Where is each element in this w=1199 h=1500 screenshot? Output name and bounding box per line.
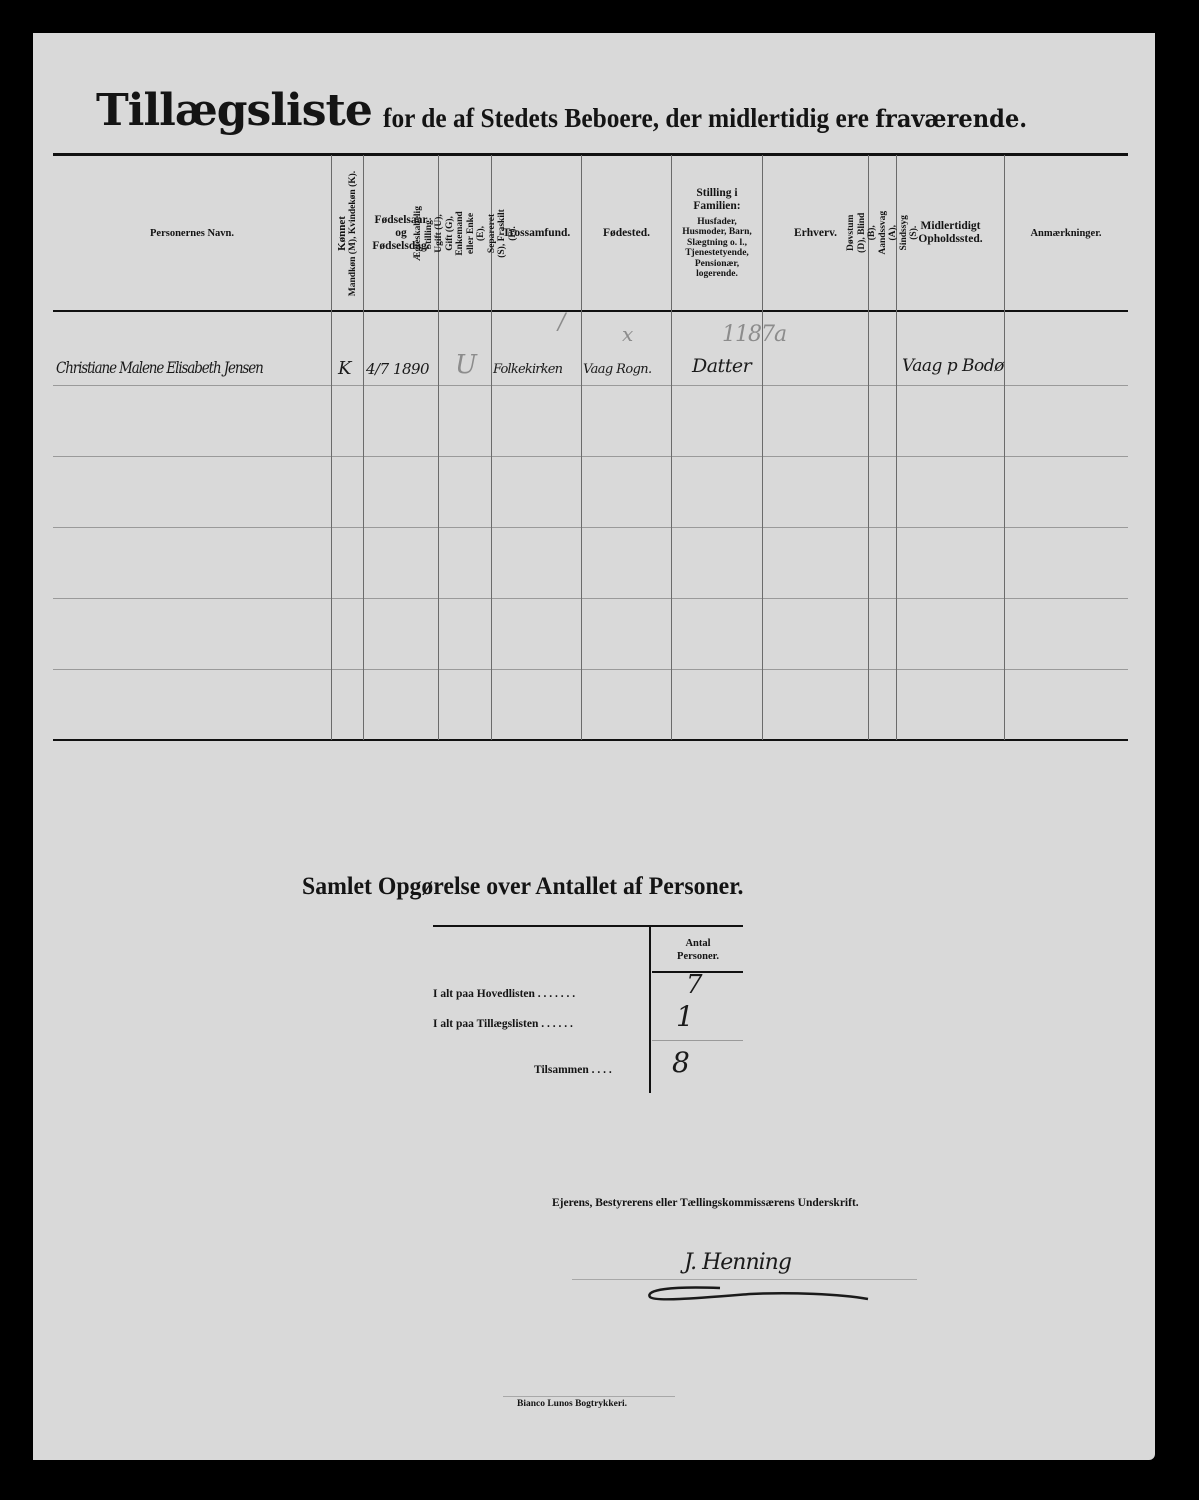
cell-temp-residence: Vaag p Bodø — [902, 356, 1004, 376]
cell-occupation-pencil-note: 1187a — [722, 322, 786, 347]
summary-column-header-line2: Personer. — [677, 950, 719, 963]
summary-top-rule — [433, 925, 743, 927]
summary-value-supplement-list: 1 — [676, 1000, 694, 1033]
form-subtitle-bold: fraværende. — [875, 104, 1027, 133]
header-sex: Kønnet Mandkøn (M), Kvindekøn (K). — [332, 156, 363, 310]
summary-label-total: Tilsammen . . . . — [534, 1064, 612, 1076]
signature-value: J. Henning — [684, 1250, 791, 1275]
cell-family-position: Datter — [692, 355, 751, 377]
cell-name: Christiane Malene Elisabeth Jensen — [56, 358, 263, 377]
header-marital-label: Ægteskabelig Stilling. — [413, 206, 434, 261]
row-divider — [53, 527, 1128, 528]
signature-flourish — [640, 1280, 875, 1304]
form-subtitle-text: for de af Stedets Beboere, der midlertid… — [383, 103, 869, 133]
form-subtitle: for de af Stedets Beboere, der midlertid… — [383, 102, 1027, 135]
row-divider — [53, 669, 1128, 670]
cell-birth: 4/7 1890 — [366, 360, 429, 378]
summary-value-main-list: 7 — [686, 970, 703, 1000]
summary-subtotal-rule — [652, 1040, 743, 1041]
printer-rule — [503, 1396, 675, 1397]
summary-value-total: 8 — [672, 1046, 690, 1079]
table-header-rule — [53, 310, 1128, 312]
header-sex-sublabel: Mandkøn (M), Kvindekøn (K). — [348, 170, 359, 295]
header-sex-label: Kønnet — [337, 170, 348, 295]
row-divider — [53, 456, 1128, 457]
signature-label: Ejerens, Bestyrerens eller Tællingskommi… — [552, 1197, 859, 1209]
pencil-mark-religion: / — [558, 310, 565, 335]
header-disability: Døvstum (D), Blind (B), Aandssvag (A), S… — [869, 156, 896, 310]
summary-label-supplement-list: I alt paa Tillægslisten . . . . . . — [433, 1018, 573, 1030]
row-divider — [53, 598, 1128, 599]
header-remarks: Anmærkninger. — [1005, 156, 1127, 310]
header-name: Personernes Navn. — [53, 156, 331, 310]
summary-label-main-list: I alt paa Hovedlisten . . . . . . . — [433, 988, 575, 1000]
cell-religion: Folkekirken — [493, 362, 562, 377]
header-family-position: Stilling i Familien: Husfader, Husmoder,… — [672, 156, 762, 310]
header-birthplace: Fødested. — [582, 156, 671, 310]
summary-column-divider — [649, 927, 651, 1093]
header-family-position-sublabel: Husfader, Husmoder, Barn, Slægtning o. l… — [672, 217, 762, 280]
row-divider — [53, 385, 1128, 386]
header-temp-residence: Midlertidigt Opholdssted. — [897, 156, 1004, 310]
header-family-position-label: Stilling i Familien: — [672, 187, 762, 213]
printer-imprint: Bianco Lunos Bogtrykkeri. — [517, 1399, 627, 1409]
header-religion: Trossamfund. — [492, 156, 581, 310]
summary-title: Samlet Opgørelse over Antallet af Person… — [302, 872, 743, 902]
cell-marital: U — [455, 350, 477, 380]
summary-column-header: Antal Personer. — [652, 930, 744, 970]
header-marital: Ægteskabelig Stilling. Ugift (U), Gift (… — [439, 156, 491, 310]
summary-column-header-line1: Antal — [685, 937, 710, 950]
cell-sex: K — [338, 358, 351, 379]
cell-birthplace: Vaag Rogn. — [583, 362, 652, 377]
table-bottom-rule — [53, 739, 1128, 741]
form-title: Tillægsliste — [96, 86, 372, 136]
pencil-mark-birthplace: x — [622, 322, 633, 346]
